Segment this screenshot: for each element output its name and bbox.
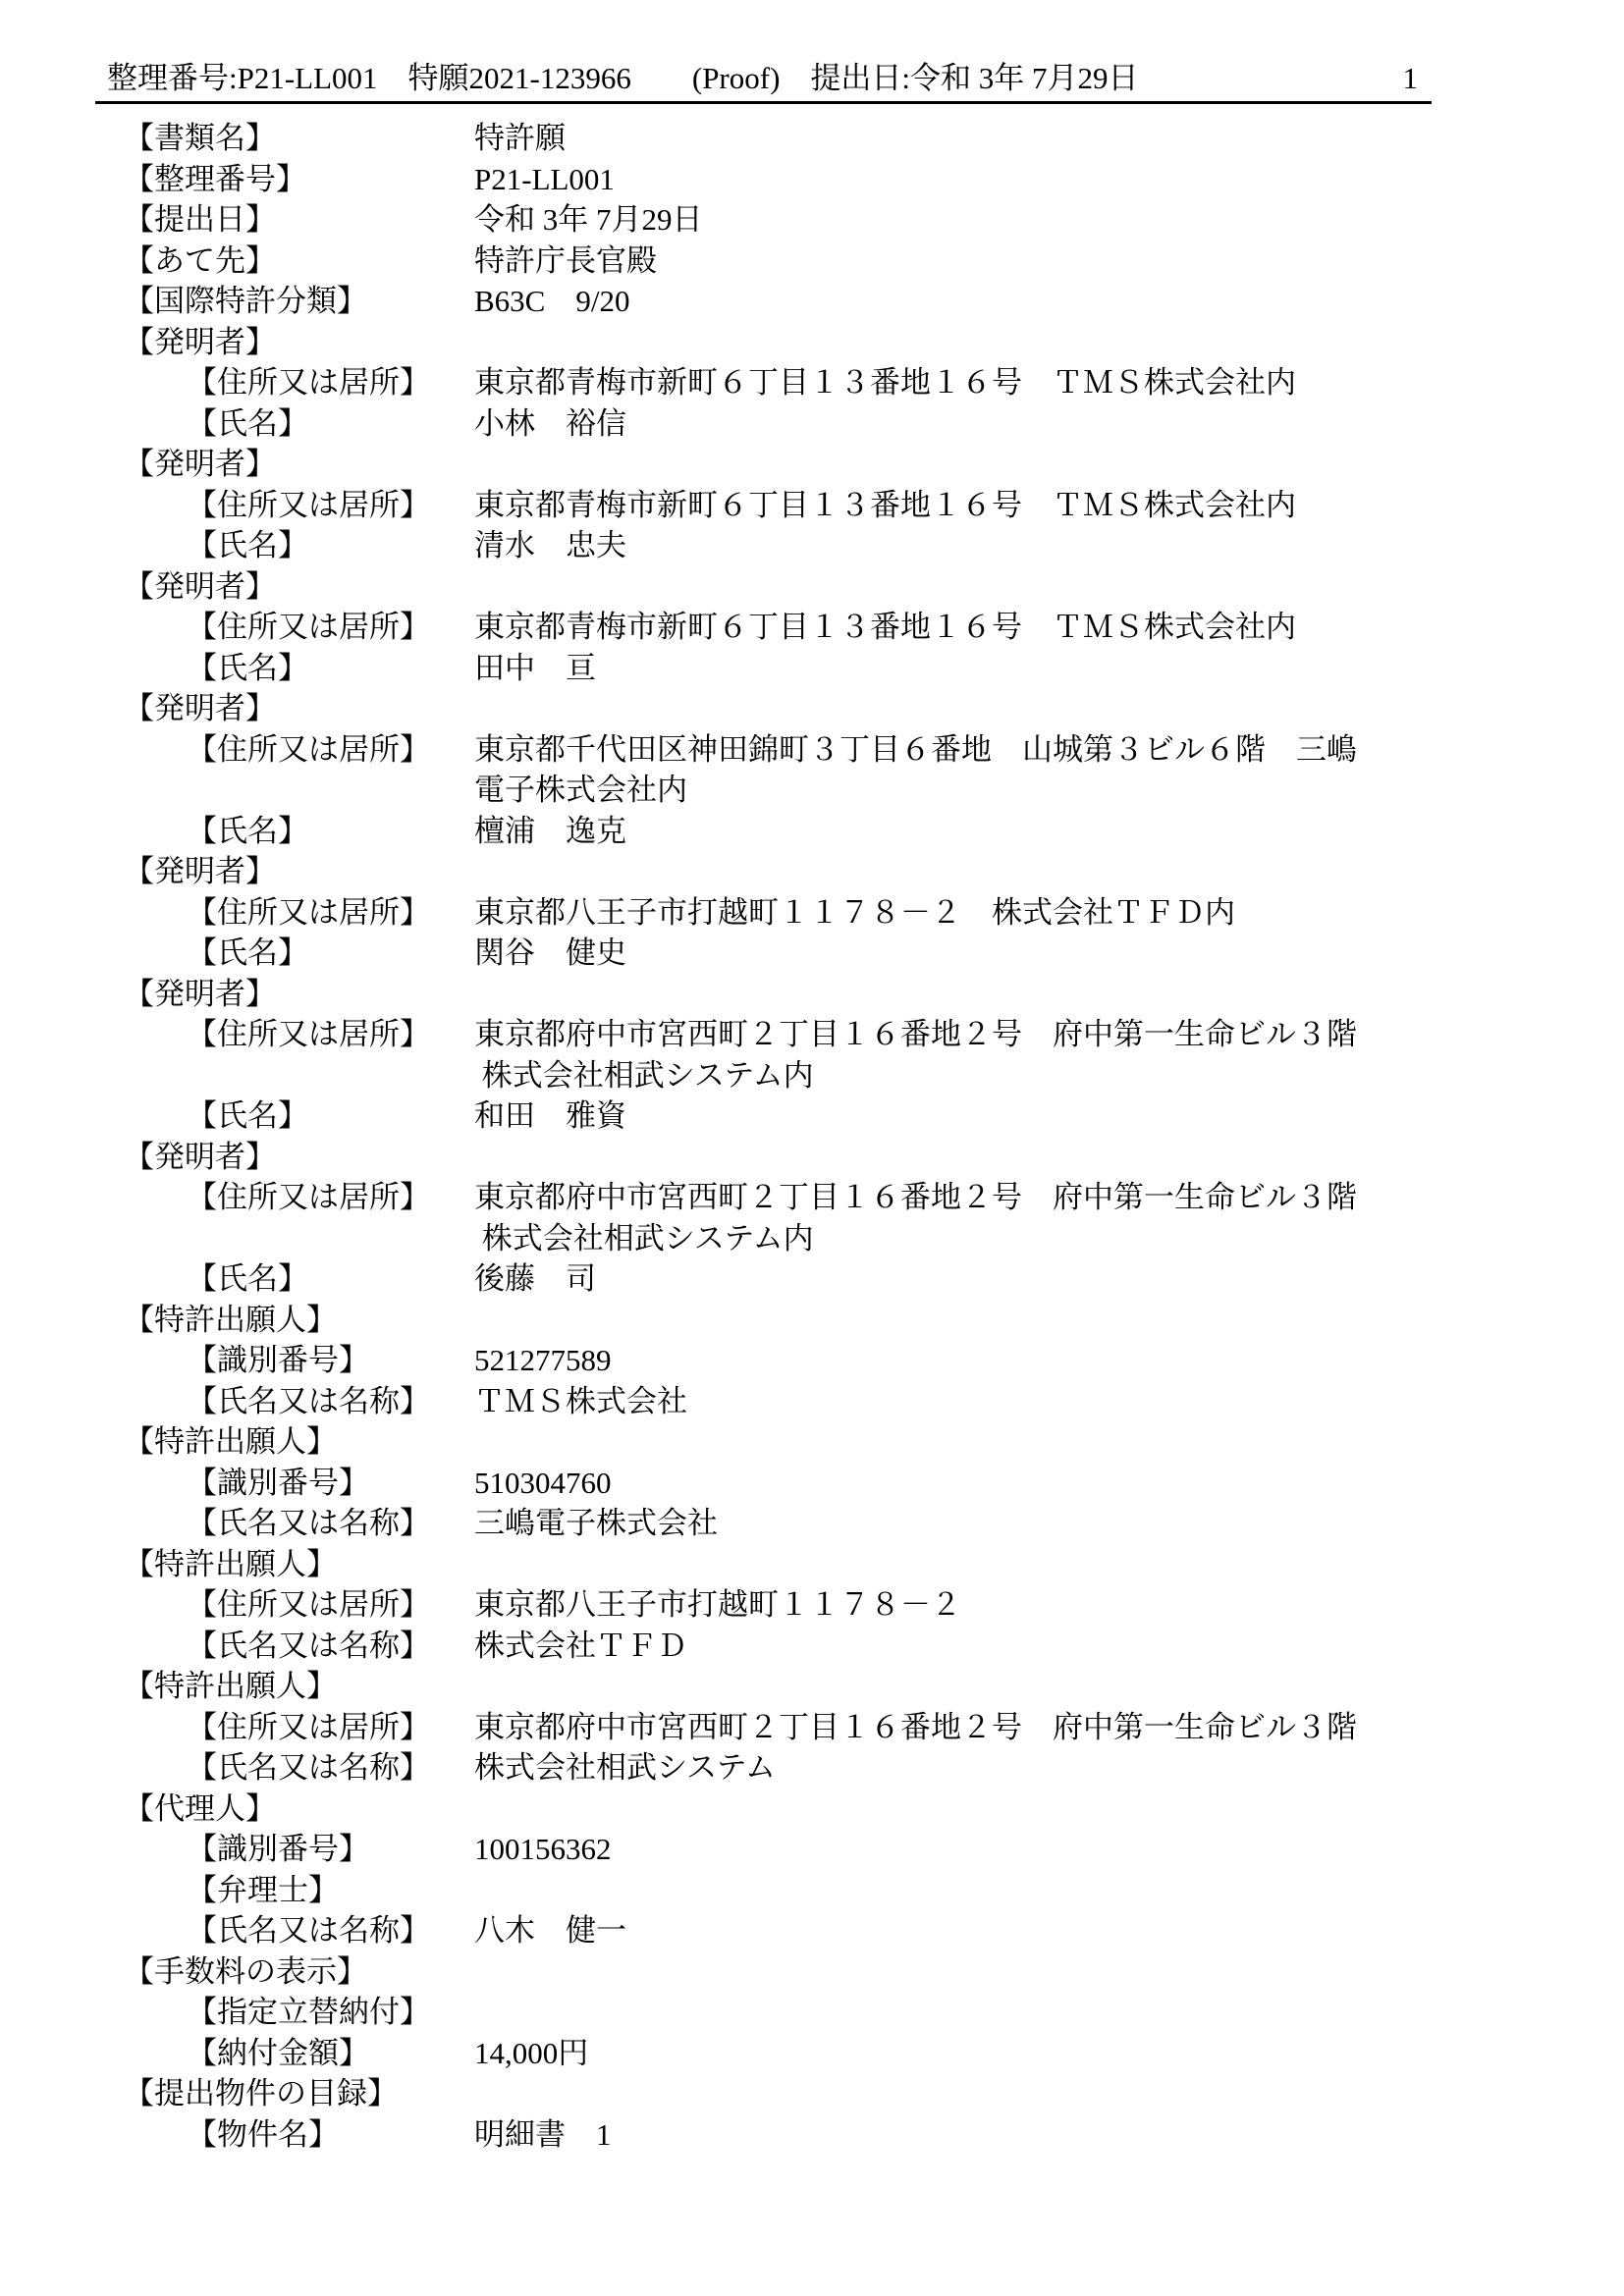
page-number: 1 (1403, 56, 1419, 101)
field-label: 【氏名】 (187, 403, 308, 445)
field-value: 14,000円 (474, 2033, 588, 2074)
field-label: 【住所又は居所】 (187, 362, 430, 403)
document-line: 【氏名】小林 裕信 (0, 403, 1624, 445)
document-line: 【住所又は居所】東京都府中市宮西町２丁目１６番地２号 府中第一生命ビル３階 (0, 1014, 1624, 1055)
field-label: 【国際特許分類】 (124, 281, 367, 322)
document-line: 【発明者】 (0, 688, 1624, 729)
field-label: 【提出物件の目録】 (124, 2073, 398, 2114)
field-value: 株式会社ＴＦＤ (474, 1626, 687, 1667)
document-line: 【氏名又は名称】ＴＭＳ株式会社 (0, 1381, 1624, 1422)
field-value: 100156362 (474, 1829, 612, 1870)
field-label: 【発明者】 (124, 1137, 276, 1178)
field-label: 【整理番号】 (124, 159, 306, 200)
document-line: 株式会社相武システム内 (0, 1218, 1624, 1259)
field-value-continuation: 電子株式会社内 (474, 770, 687, 811)
document-body: 【書類名】特許願【整理番号】P21-LL001【提出日】令和 3年 7月29日【… (0, 118, 1624, 2155)
field-label: 【氏名】 (187, 933, 308, 974)
field-label: 【提出日】 (124, 199, 276, 240)
field-label: 【識別番号】 (187, 1829, 369, 1870)
field-label: 【住所又は居所】 (187, 1584, 430, 1626)
document-line: 【識別番号】510304760 (0, 1463, 1624, 1504)
patent-application-page: 整理番号:P21-LL001 特願2021-123966 (Proof) 提出日… (0, 0, 1624, 2296)
field-label: 【書類名】 (124, 118, 276, 159)
document-line: 【発明者】 (0, 444, 1624, 485)
field-label: 【住所又は居所】 (187, 1707, 430, 1748)
field-label: 【特許出願人】 (124, 1544, 337, 1585)
field-value: 特許願 (474, 118, 566, 159)
field-value-continuation: 株式会社相武システム内 (474, 1218, 814, 1259)
document-line: 【住所又は居所】東京都青梅市新町６丁目１３番地１６号 ＴＭＳ株式会社内 (0, 362, 1624, 403)
field-value: 東京都府中市宮西町２丁目１６番地２号 府中第一生命ビル３階 (474, 1707, 1357, 1748)
field-label: 【住所又は居所】 (187, 485, 430, 526)
field-label: 【発明者】 (124, 974, 276, 1015)
field-value: 東京都八王子市打越町１１７８－２ (474, 1584, 961, 1626)
document-line: 【整理番号】P21-LL001 (0, 159, 1624, 200)
field-label: 【氏名】 (187, 811, 308, 852)
document-line: 【納付金額】14,000円 (0, 2033, 1624, 2074)
field-label: 【氏名又は名称】 (187, 1381, 430, 1422)
document-line: 【弁理士】 (0, 1870, 1624, 1911)
document-line: 【住所又は居所】東京都府中市宮西町２丁目１６番地２号 府中第一生命ビル３階 (0, 1177, 1624, 1218)
field-label: 【弁理士】 (187, 1870, 339, 1911)
document-line: 【発明者】 (0, 851, 1624, 892)
document-line: 【あて先】特許庁長官殿 (0, 240, 1624, 282)
document-line: 【特許出願人】 (0, 1666, 1624, 1707)
field-label: 【特許出願人】 (124, 1300, 337, 1341)
field-label: 【納付金額】 (187, 2033, 369, 2074)
field-value: ＴＭＳ株式会社 (474, 1381, 687, 1422)
document-line: 【氏名又は名称】三嶋電子株式会社 (0, 1503, 1624, 1544)
document-line: 【氏名又は名称】株式会社相武システム (0, 1747, 1624, 1789)
field-value: 小林 裕信 (474, 403, 626, 445)
document-line: 【発明者】 (0, 1137, 1624, 1178)
field-label: 【氏名】 (187, 525, 308, 566)
field-label: 【特許出願人】 (124, 1666, 337, 1707)
field-value-continuation: 株式会社相武システム内 (474, 1055, 814, 1096)
document-line: 電子株式会社内 (0, 770, 1624, 811)
document-line: 【住所又は居所】東京都青梅市新町６丁目１３番地１６号 ＴＭＳ株式会社内 (0, 485, 1624, 526)
field-value: P21-LL001 (474, 159, 615, 200)
document-line: 【氏名】檀浦 逸克 (0, 811, 1624, 852)
field-value: 東京都青梅市新町６丁目１３番地１６号 ＴＭＳ株式会社内 (474, 485, 1296, 526)
document-line: 【発明者】 (0, 566, 1624, 608)
document-line: 【識別番号】100156362 (0, 1829, 1624, 1870)
document-line: 【提出物件の目録】 (0, 2073, 1624, 2114)
field-label: 【氏名又は名称】 (187, 1626, 430, 1667)
field-label: 【特許出願人】 (124, 1421, 337, 1463)
document-line: 株式会社相武システム内 (0, 1055, 1624, 1096)
field-label: 【指定立替納付】 (187, 1992, 430, 2033)
field-label: 【手数料の表示】 (124, 1951, 367, 1993)
document-line: 【書類名】特許願 (0, 118, 1624, 159)
field-value: 八木 健一 (474, 1910, 626, 1951)
field-label: 【発明者】 (124, 688, 276, 729)
field-label: 【識別番号】 (187, 1463, 369, 1504)
field-label: 【氏名又は名称】 (187, 1910, 430, 1951)
field-value: 東京都府中市宮西町２丁目１６番地２号 府中第一生命ビル３階 (474, 1177, 1357, 1218)
document-line: 【手数料の表示】 (0, 1951, 1624, 1993)
field-value: 521277589 (474, 1340, 612, 1381)
field-label: 【住所又は居所】 (187, 729, 430, 771)
page-header: 整理番号:P21-LL001 特願2021-123966 (Proof) 提出日… (95, 56, 1432, 104)
field-label: 【発明者】 (124, 322, 276, 363)
header-info: 整理番号:P21-LL001 特願2021-123966 (Proof) 提出日… (107, 56, 1139, 101)
document-line: 【特許出願人】 (0, 1544, 1624, 1585)
field-value: 東京都青梅市新町６丁目１３番地１６号 ＴＭＳ株式会社内 (474, 607, 1296, 648)
field-value: 特許庁長官殿 (474, 240, 657, 282)
document-line: 【住所又は居所】東京都八王子市打越町１１７８－２ (0, 1584, 1624, 1626)
field-value: 東京都府中市宮西町２丁目１６番地２号 府中第一生命ビル３階 (474, 1014, 1357, 1055)
field-label: 【発明者】 (124, 851, 276, 892)
document-line: 【国際特許分類】B63C 9/20 (0, 281, 1624, 322)
document-line: 【特許出願人】 (0, 1300, 1624, 1341)
field-label: 【住所又は居所】 (187, 892, 430, 934)
field-value: 東京都八王子市打越町１１７８－２ 株式会社ＴＦＤ内 (474, 892, 1235, 934)
field-value: 令和 3年 7月29日 (474, 199, 703, 240)
document-line: 【氏名】田中 亘 (0, 648, 1624, 689)
field-value: 東京都千代田区神田錦町３丁目６番地 山城第３ビル６階 三嶋 (474, 729, 1357, 771)
field-label: 【氏名】 (187, 648, 308, 689)
document-line: 【指定立替納付】 (0, 1992, 1624, 2033)
document-line: 【住所又は居所】東京都千代田区神田錦町３丁目６番地 山城第３ビル６階 三嶋 (0, 729, 1624, 771)
field-value: 和田 雅資 (474, 1095, 626, 1137)
document-line: 【代理人】 (0, 1789, 1624, 1830)
document-line: 【氏名又は名称】株式会社ＴＦＤ (0, 1626, 1624, 1667)
field-value: 関谷 健史 (474, 933, 626, 974)
field-value: 田中 亘 (474, 648, 596, 689)
field-value: 東京都青梅市新町６丁目１３番地１６号 ＴＭＳ株式会社内 (474, 362, 1296, 403)
document-line: 【識別番号】521277589 (0, 1340, 1624, 1381)
document-line: 【発明者】 (0, 322, 1624, 363)
field-value: 510304760 (474, 1463, 612, 1504)
document-line: 【提出日】令和 3年 7月29日 (0, 199, 1624, 240)
field-label: 【住所又は居所】 (187, 1177, 430, 1218)
field-value: 檀浦 逸克 (474, 811, 626, 852)
field-value: 株式会社相武システム (474, 1747, 776, 1789)
field-label: 【あて先】 (124, 240, 276, 282)
field-value: 清水 忠夫 (474, 525, 626, 566)
field-label: 【氏名】 (187, 1095, 308, 1137)
field-label: 【代理人】 (124, 1789, 276, 1830)
field-label: 【氏名又は名称】 (187, 1747, 430, 1789)
document-line: 【氏名又は名称】八木 健一 (0, 1910, 1624, 1951)
field-label: 【氏名又は名称】 (187, 1503, 430, 1544)
field-label: 【氏名】 (187, 1258, 308, 1300)
field-label: 【住所又は居所】 (187, 1014, 430, 1055)
document-line: 【住所又は居所】東京都府中市宮西町２丁目１６番地２号 府中第一生命ビル３階 (0, 1707, 1624, 1748)
document-line: 【住所又は居所】東京都青梅市新町６丁目１３番地１６号 ＴＭＳ株式会社内 (0, 607, 1624, 648)
field-value: 明細書 1 (474, 2114, 612, 2156)
field-value: B63C 9/20 (474, 281, 629, 322)
field-value: 三嶋電子株式会社 (474, 1503, 718, 1544)
document-line: 【発明者】 (0, 974, 1624, 1015)
field-label: 【物件名】 (187, 2114, 339, 2156)
field-value: 後藤 司 (474, 1258, 596, 1300)
field-label: 【発明者】 (124, 566, 276, 608)
document-line: 【氏名】関谷 健史 (0, 933, 1624, 974)
document-line: 【氏名】清水 忠夫 (0, 525, 1624, 566)
document-line: 【特許出願人】 (0, 1421, 1624, 1463)
field-label: 【発明者】 (124, 444, 276, 485)
document-line: 【物件名】明細書 1 (0, 2114, 1624, 2156)
document-line: 【氏名】後藤 司 (0, 1258, 1624, 1300)
field-label: 【識別番号】 (187, 1340, 369, 1381)
field-label: 【住所又は居所】 (187, 607, 430, 648)
document-line: 【住所又は居所】東京都八王子市打越町１１７８－２ 株式会社ＴＦＤ内 (0, 892, 1624, 934)
document-line: 【氏名】和田 雅資 (0, 1095, 1624, 1137)
